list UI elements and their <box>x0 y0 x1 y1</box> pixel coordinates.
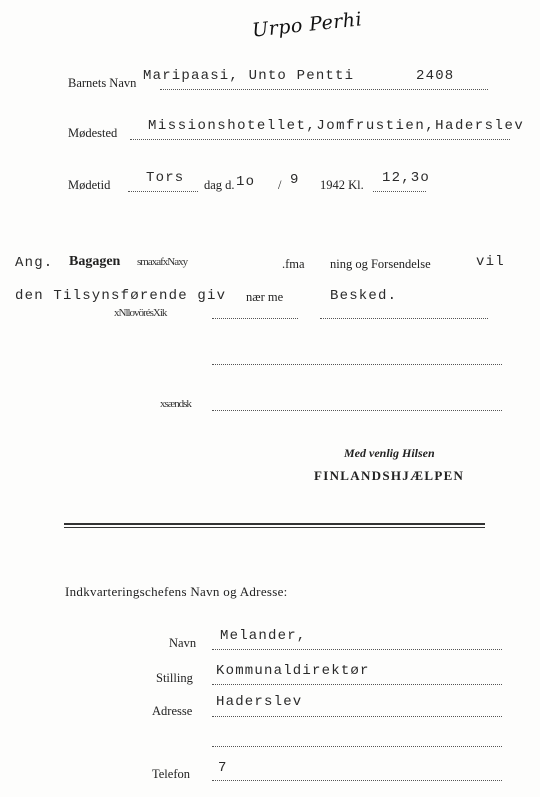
closing-organization: FINLANDSHJÆLPEN <box>314 468 464 484</box>
child-number: 2408 <box>416 68 454 84</box>
baggage-bold-word: Bagagen <box>69 254 120 270</box>
billet-name-label: Navn <box>169 636 196 651</box>
child-name-label: Barnets Navn <box>68 76 136 91</box>
meeting-time-line <box>373 191 426 192</box>
billet-phone-value: 7 <box>218 760 228 776</box>
meeting-year-label: 1942 Kl. <box>320 178 364 193</box>
meeting-day-line <box>128 191 198 192</box>
baggage-fragment-2: ning og Forsendelse <box>330 257 431 272</box>
billet-address-value: Haderslev <box>216 694 302 710</box>
divider-bottom-line <box>64 527 485 528</box>
meeting-day-value: Tors <box>146 170 184 186</box>
billet-phone-line <box>212 780 502 781</box>
meeting-time-label: Mødetid <box>68 178 110 193</box>
billet-heading: Indkvarteringschefens Navn og Adresse: <box>65 584 288 600</box>
dag-label: dag d. <box>204 178 235 193</box>
baggage-fragment-1: .fma <box>282 257 305 272</box>
struck-text-1: smaxafxNaxy <box>137 256 187 268</box>
billet-position-label: Stilling <box>156 671 193 686</box>
registration-form: Urpo Perhi Barnets Navn Maripaasi, Unto … <box>0 0 540 797</box>
baggage-line-2: den Tilsynsførende giv <box>15 288 226 304</box>
meeting-month: 9 <box>290 172 300 188</box>
struck-text-2: xNllovörésXik <box>114 307 166 319</box>
meeting-place-value: Missionshotellet,Jomfrustien,Haderslev <box>148 118 524 134</box>
baggage-line-2-mid: nær me <box>246 290 283 305</box>
billet-position-line <box>212 684 502 685</box>
baggage-prefix: Ang. <box>15 255 53 271</box>
baggage-typed-end: vil <box>476 254 505 270</box>
billet-name-line <box>212 649 502 650</box>
struck-text-3: xsændsk <box>160 398 191 410</box>
divider-top-line <box>64 523 485 525</box>
billet-name-value: Melander, <box>220 628 306 644</box>
closing-greeting: Med venlig Hilsen <box>344 446 435 461</box>
child-name-line <box>160 89 488 90</box>
baggage-line-a <box>212 318 298 319</box>
child-name-value: Maripaasi, Unto Pentti <box>143 68 354 84</box>
billet-address-label: Adresse <box>152 704 192 719</box>
billet-address-line <box>212 716 502 717</box>
baggage-line-c <box>212 364 502 365</box>
baggage-line-b <box>320 318 488 319</box>
meeting-place-line <box>130 139 510 140</box>
meeting-date-day: 1o <box>236 174 255 190</box>
billet-phone-label: Telefon <box>152 767 190 782</box>
baggage-line-2-end: Besked. <box>330 288 397 304</box>
baggage-line-d <box>212 410 502 411</box>
handwritten-signature: Urpo Perhi <box>251 8 363 41</box>
date-slash: / <box>278 178 281 193</box>
meeting-place-label: Mødested <box>68 126 117 141</box>
billet-position-value: Kommunaldirektør <box>216 663 370 679</box>
meeting-time-value: 12,3o <box>382 170 430 186</box>
billet-address-line-2 <box>212 746 502 747</box>
